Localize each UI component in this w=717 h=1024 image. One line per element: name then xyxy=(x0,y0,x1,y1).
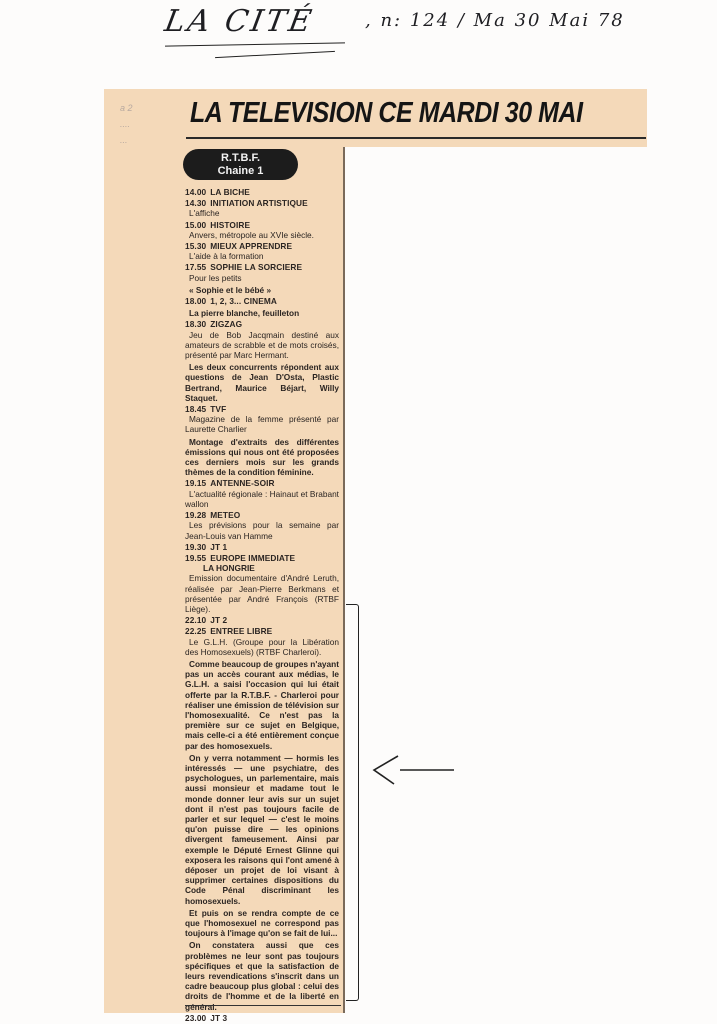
listing-entry: 14.00LA BICHE xyxy=(185,187,339,197)
listing-entry: 18.001, 2, 3... CINEMALa pierre blanche,… xyxy=(185,296,339,318)
listing-title: MIEUX APPRENDRE xyxy=(210,241,292,251)
listing-description: Magazine de la femme présenté par Lauret… xyxy=(185,414,339,434)
channel-name: Chaine 1 xyxy=(183,165,298,178)
listing-title: JT 2 xyxy=(210,615,227,625)
listing-description: On constatera aussi que ces problèmes ne… xyxy=(185,940,339,1011)
pencil-notes: a 2....... xyxy=(120,100,133,148)
listing-title: JT 1 xyxy=(210,542,227,552)
listing-heading: 18.30ZIGZAG xyxy=(185,319,339,329)
listing-description: Les deux concurrents répondent aux quest… xyxy=(185,362,339,403)
listing-title: JT 3 xyxy=(210,1013,227,1023)
listing-heading: 22.10JT 2 xyxy=(185,615,339,625)
listing-description: On y verra notamment — hormis les intére… xyxy=(185,753,339,906)
listing-description: Comme beaucoup de groupes n'ayant pas un… xyxy=(185,659,339,751)
listing-time: 14.30 xyxy=(185,198,206,208)
column-divider xyxy=(343,147,345,1013)
listing-heading: 18.001, 2, 3... CINEMA xyxy=(185,296,339,306)
listing-time: 15.00 xyxy=(185,220,206,230)
tv-listings: 14.00LA BICHE14.30INITIATION ARTISTIQUEL… xyxy=(185,187,339,1023)
listing-time: 18.45 xyxy=(185,404,206,414)
listing-description: Anvers, métropole au XVIe siècle. xyxy=(185,230,339,240)
listing-heading: 19.15ANTENNE-SOIR xyxy=(185,478,339,488)
listing-heading: 22.25ENTREE LIBRE xyxy=(185,626,339,636)
listing-entry: 15.00HISTOIREAnvers, métropole au XVIe s… xyxy=(185,220,339,240)
listing-time: 22.25 xyxy=(185,626,206,636)
listing-description: Jeu de Bob Jacqmain destiné aux amateurs… xyxy=(185,330,339,361)
listing-title: EUROPE IMMEDIATE xyxy=(210,553,295,563)
listing-time: 23.00 xyxy=(185,1013,206,1023)
arrow-left-icon xyxy=(370,750,460,790)
listing-title: TVF xyxy=(210,404,226,414)
listing-entry: 15.30MIEUX APPRENDREL'aide à la formatio… xyxy=(185,241,339,261)
channel-badge: R.T.B.F. Chaine 1 xyxy=(183,149,298,180)
listing-heading: 17.55SOPHIE LA SORCIERE xyxy=(185,262,339,272)
listing-time: 18.30 xyxy=(185,319,206,329)
listing-description: L'actualité régionale : Hainaut et Braba… xyxy=(185,489,339,509)
listing-heading: 14.00LA BICHE xyxy=(185,187,339,197)
listing-entry: 19.15ANTENNE-SOIRL'actualité régionale :… xyxy=(185,478,339,509)
underline-stroke xyxy=(215,51,335,58)
underline-stroke xyxy=(165,42,345,46)
listing-entry: 19.28METEOLes prévisions pour la semaine… xyxy=(185,510,339,541)
listing-title: SOPHIE LA SORCIERE xyxy=(210,262,302,272)
pencil-note: ... xyxy=(120,132,133,148)
listing-title: ENTREE LIBRE xyxy=(210,626,272,636)
listing-time: 19.55 xyxy=(185,553,206,563)
listing-subtitle: LA HONGRIE xyxy=(185,563,339,573)
listing-title: HISTOIRE xyxy=(210,220,250,230)
listing-title: LA BICHE xyxy=(210,187,250,197)
listing-entry: 23.00JT 3 xyxy=(185,1013,339,1023)
listing-entry: 18.30ZIGZAGJeu de Bob Jacqmain destiné a… xyxy=(185,319,339,403)
headline-rule xyxy=(186,137,646,139)
listing-entry: 17.55SOPHIE LA SORCIEREPour les petits« … xyxy=(185,262,339,295)
listing-time: 19.15 xyxy=(185,478,206,488)
listing-heading: 18.45TVF xyxy=(185,404,339,414)
listing-entry: 14.30INITIATION ARTISTIQUEL'affiche xyxy=(185,198,339,218)
bracket-mark xyxy=(346,604,359,1001)
listing-entry: 19.55EUROPE IMMEDIATELA HONGRIEEmission … xyxy=(185,553,339,614)
listing-heading: 19.55EUROPE IMMEDIATE xyxy=(185,553,339,563)
listing-entry: 22.25ENTREE LIBRELe G.L.H. (Groupe pour … xyxy=(185,626,339,1012)
listing-title: 1, 2, 3... CINEMA xyxy=(210,296,277,306)
listing-heading: 15.30MIEUX APPRENDRE xyxy=(185,241,339,251)
listing-heading: 19.28METEO xyxy=(185,510,339,520)
listing-title: ANTENNE-SOIR xyxy=(210,478,274,488)
listing-entry: 19.30JT 1 xyxy=(185,542,339,552)
listing-title: ZIGZAG xyxy=(210,319,242,329)
listing-heading: 15.00HISTOIRE xyxy=(185,220,339,230)
pencil-note: a 2 xyxy=(120,100,133,116)
listing-description: Le G.L.H. (Groupe pour la Libération des… xyxy=(185,637,339,657)
listing-time: 14.00 xyxy=(185,187,206,197)
listing-description: L'affiche xyxy=(185,208,339,218)
pencil-note: .... xyxy=(120,116,133,132)
listing-description: Pour les petits xyxy=(185,273,339,283)
listing-time: 18.00 xyxy=(185,296,206,306)
listing-title: METEO xyxy=(210,510,240,520)
listing-heading: 14.30INITIATION ARTISTIQUE xyxy=(185,198,339,208)
listing-time: 19.30 xyxy=(185,542,206,552)
listing-description: L'aide à la formation xyxy=(185,251,339,261)
listing-title: INITIATION ARTISTIQUE xyxy=(210,198,308,208)
listing-description: Montage d'extraits des différentes émiss… xyxy=(185,437,339,478)
listing-description: « Sophie et le bébé » xyxy=(185,285,339,295)
listing-description: Et puis on se rendra compte de ce que l'… xyxy=(185,908,339,939)
listing-time: 22.10 xyxy=(185,615,206,625)
listing-heading: 23.00JT 3 xyxy=(185,1013,339,1023)
bottom-rule xyxy=(185,1005,341,1006)
listing-description: La pierre blanche, feuilleton xyxy=(185,308,339,318)
page-headline: LA TELEVISION CE MARDI 30 MAI xyxy=(190,97,583,130)
listing-description: Emission documentaire d'André Leruth, ré… xyxy=(185,573,339,614)
listing-time: 19.28 xyxy=(185,510,206,520)
channel-network: R.T.B.F. xyxy=(183,152,298,165)
listing-time: 15.30 xyxy=(185,241,206,251)
listing-heading: 19.30JT 1 xyxy=(185,542,339,552)
listing-description: Les prévisions pour la semaine par Jean-… xyxy=(185,520,339,540)
publication-name: LA CITÉ xyxy=(162,4,317,39)
listing-time: 17.55 xyxy=(185,262,206,272)
listing-entry: 22.10JT 2 xyxy=(185,615,339,625)
issue-date-note: , n: 124 / Ma 30 Mai 78 xyxy=(365,10,625,31)
listing-entry: 18.45TVFMagazine de la femme présenté pa… xyxy=(185,404,339,477)
